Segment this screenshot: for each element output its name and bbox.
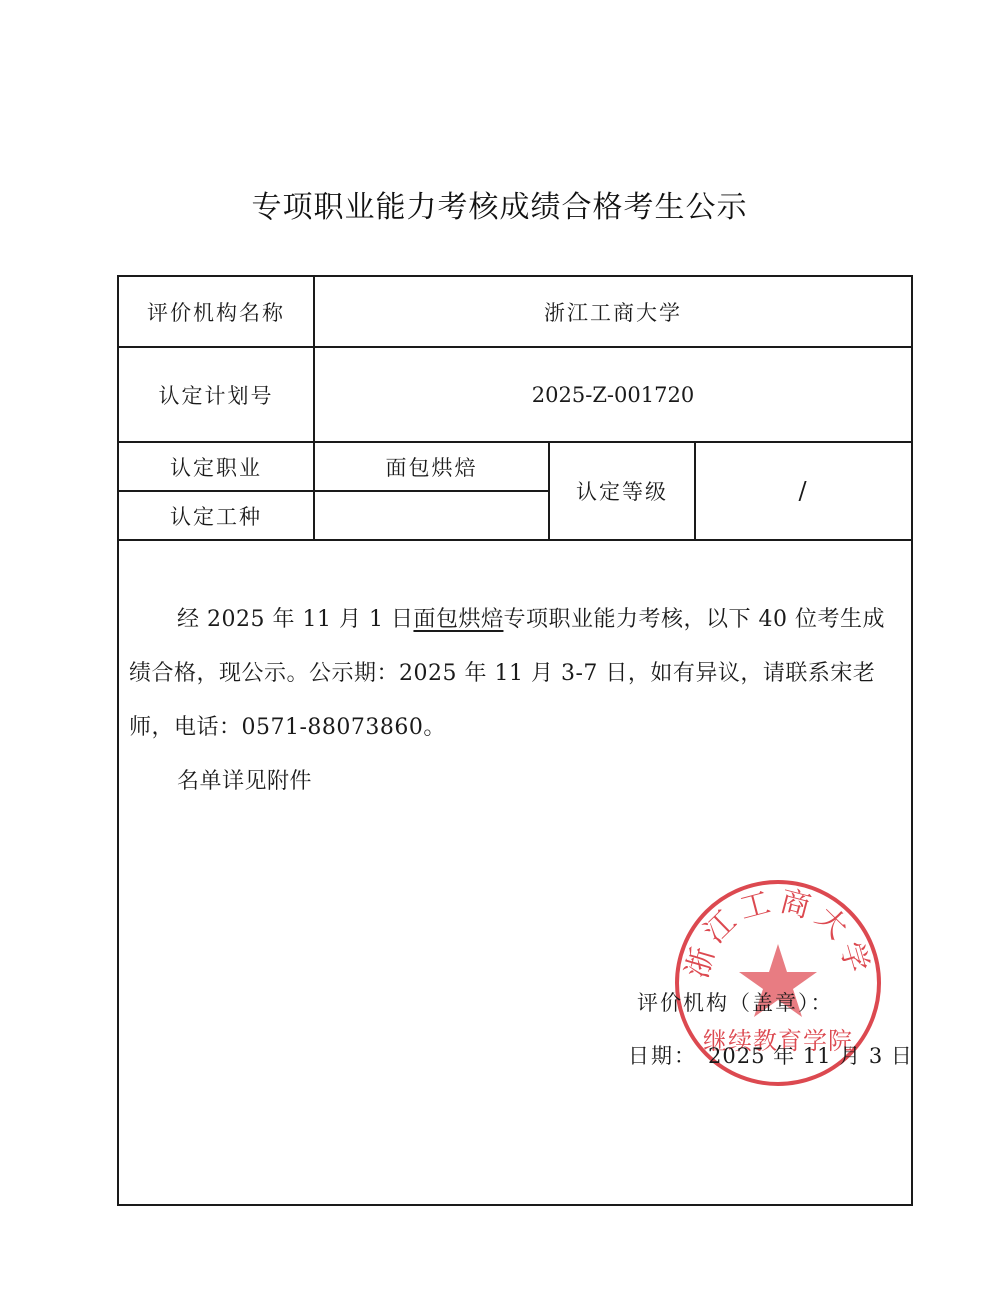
date-value: 2025 年 11 月 3 日 (708, 1040, 913, 1070)
work-type-label: 认定工种 (119, 492, 313, 539)
notice-paragraph: 经 2025 年 11 月 1 日面包烘焙专项职业能力考核，以下 40 位考生成… (129, 593, 901, 755)
date-label: 日期： (628, 1040, 697, 1070)
notice-text-pre: 经 2025 年 11 月 1 日 (177, 607, 413, 632)
work-type-value (315, 492, 548, 539)
level-value: / (696, 443, 911, 539)
evaluation-org-stamp-label: 评价机构（盖章）： (637, 987, 834, 1017)
attachment-note: 名单详见附件 (129, 755, 901, 809)
org-name-label: 评价机构名称 (119, 277, 313, 346)
occupation-label: 认定职业 (119, 443, 313, 490)
plan-number-label: 认定计划号 (119, 348, 313, 441)
org-name-value: 浙江工商大学 (315, 277, 911, 346)
document-title: 专项职业能力考核成绩合格考生公示 (0, 182, 999, 226)
notice-area: 经 2025 年 11 月 1 日面包烘焙专项职业能力考核，以下 40 位考生成… (119, 541, 911, 1204)
plan-number-value: 2025-Z-001720 (315, 348, 911, 441)
notice-occupation-underlined: 面包烘焙 (413, 607, 503, 632)
occupation-value: 面包烘焙 (315, 443, 548, 490)
level-label: 认定等级 (550, 443, 694, 539)
